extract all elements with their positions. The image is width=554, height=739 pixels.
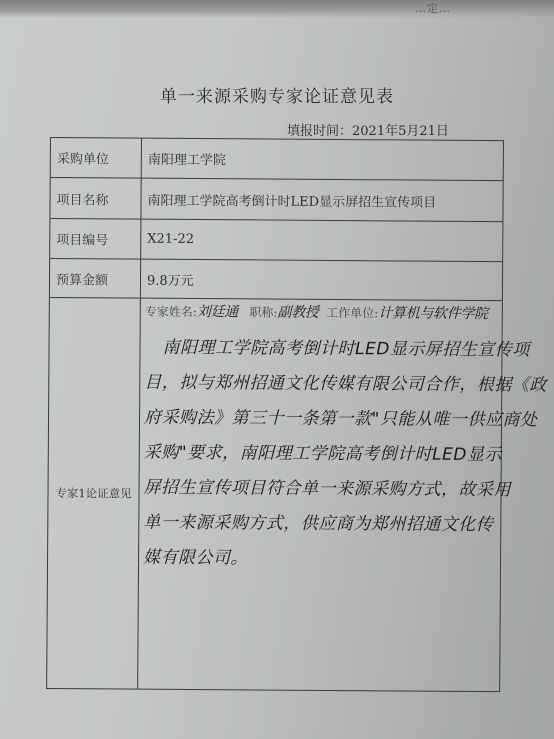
purchasing-unit-value: 南阳理工学院 [142,139,503,181]
opinion-form-table: 采购单位 南阳理工学院 项目名称 南阳理工学院高考倒计时LED显示屏招生宣传项目… [46,137,504,692]
expert-title-value: 副教授 [277,305,318,321]
budget-label: 预算金额 [50,259,141,298]
expert-opinion-body: 专家姓名:刘廷通 职称:副教授 工作单位:计算机与软件学院 南阳理工学院高考倒计… [138,299,502,692]
project-name-label: 项目名称 [50,178,141,219]
partial-text-top: …定… [415,0,451,16]
paper-fold-shadow [0,0,554,18]
expert-unit-label: 工作单位: [326,306,378,320]
project-number-value: X21-22 [141,220,502,262]
expert-name-value: 刘廷通 [197,304,238,320]
row-purchasing-unit: 采购单位 南阳理工学院 [51,138,503,181]
project-name-value: 南阳理工学院高考倒计时LED显示屏招生宣传项目 [141,179,502,222]
expert-title-label: 职称: [249,305,277,319]
fill-date-value: 2021年5月21日 [352,124,449,139]
opinion-line: 采购"要求，南阳理工学院高考倒计时LED显示 [144,436,497,473]
opinion-line: 目，拟与郑州招通文化传媒有限公司合作，根据《政 [144,366,497,403]
expert-opinion-label: 专家1论证意见 [47,298,141,689]
opinion-line: 府采购法》第三十一条第一款"只能从唯一供应商处 [144,401,497,438]
expert-unit-value: 计算机与软件学院 [378,305,488,322]
opinion-handwritten-text: 南阳理工学院高考倒计时LED显示屏招生宣传项 目，拟与郑州招通文化传媒有限公司合… [143,331,498,578]
opinion-line: 屏招生宣传项目符合单一来源采购方式，故采用 [143,471,496,508]
budget-value: 9.8万元 [141,260,502,301]
row-project-name: 项目名称 南阳理工学院高考倒计时LED显示屏招生宣传项目 [50,178,502,222]
row-budget: 预算金额 9.8万元 [50,259,502,301]
expert-info-line: 专家姓名:刘廷通 职称:副教授 工作单位:计算机与软件学院 [145,303,498,327]
fill-date: 填报时间：2021年5月21日 [287,120,449,139]
document-title: 单一来源采购专家论证意见表 [0,82,554,107]
opinion-line: 单一来源采购方式，供应商为郑州招通文化传 [143,506,496,543]
row-expert-opinion: 专家1论证意见 专家姓名:刘廷通 职称:副教授 工作单位:计算机与软件学院 南阳… [47,298,502,691]
purchasing-unit-label: 采购单位 [51,138,142,178]
fill-date-label: 填报时间： [287,124,352,139]
row-project-number: 项目编号 X21-22 [50,219,502,262]
expert-name-label: 专家姓名: [145,305,197,319]
project-number-label: 项目编号 [50,219,141,259]
opinion-line: 媒有限公司。 [143,541,496,578]
opinion-line: 南阳理工学院高考倒计时LED显示屏招生宣传项 [144,331,497,368]
